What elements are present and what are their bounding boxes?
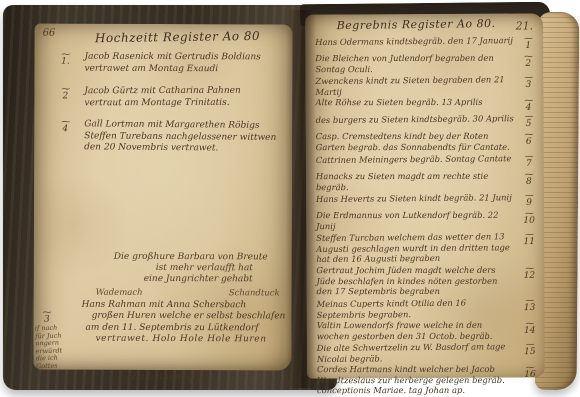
- entry-number: ~2: [52, 86, 78, 101]
- register-entry: Cordes Hartmans kindt welcher bei Jacob …: [317, 364, 539, 396]
- tilde-mark: ~: [524, 211, 535, 217]
- register-entry: Die alte Schwertzelin zu W. Basdorf am t…: [317, 341, 539, 364]
- entry-number-value: 4: [62, 125, 68, 134]
- entry-number-value: 15: [524, 348, 536, 357]
- tilde-mark: ~: [523, 75, 534, 81]
- tilde-mark: ~: [524, 193, 535, 199]
- bottom-entry-line: großen Huren welche er selbst beschlafen: [92, 311, 292, 323]
- tilde-mark: ~: [60, 119, 71, 125]
- entry-number: ~14: [521, 320, 539, 335]
- entry-number-value: 2: [525, 60, 531, 69]
- tilde-mark: ~: [523, 114, 534, 120]
- note-line: eine Jungrichter gehabt: [144, 273, 290, 285]
- register-entry: ~4Gall Lortman mit Margarethen Röbigs St…: [52, 119, 284, 156]
- register-entry: Meinas Cuperts kindt Otilia den 16 Septe…: [316, 296, 538, 319]
- book-gutter: [286, 10, 316, 388]
- entry-number: ~3: [519, 75, 537, 90]
- bottom-entry-line: vertrawet. Holo Hole Hole Huren: [95, 334, 291, 346]
- entry-text: Meinas Cuperts kindt Otilia den 16 Septe…: [316, 297, 520, 320]
- faint-word-row: Wademach Schandtuck: [96, 287, 280, 298]
- entry-number: ~8: [520, 171, 538, 186]
- entry-number-value: 1.: [61, 58, 70, 67]
- entry-text: Steffen Turcban welchem das wetter den 1…: [316, 231, 520, 265]
- tilde-mark: ~: [524, 297, 535, 303]
- register-entry: Hans Odermans kindtsbegräb. den 17 Janua…: [315, 35, 537, 53]
- entry-text: Cattrinen Meiningers begräb. Sontag Cant…: [316, 153, 520, 166]
- entry-number: ~12: [520, 266, 538, 281]
- entry-number-value: 14: [524, 326, 535, 335]
- entry-number: ~7: [520, 153, 538, 168]
- entry-number: ~1: [519, 36, 537, 51]
- bottom-entry-line: am den 11. Septembris zu Lütkendorf: [86, 322, 292, 334]
- faint-word-left: Wademach: [96, 287, 143, 297]
- tilde-mark: ~: [525, 365, 536, 371]
- entry-text: Die Bleichen von Jutlendorf begraben den…: [315, 53, 519, 75]
- register-entry: Gertraut Jochim Jüden magdt welche ders …: [316, 265, 538, 297]
- marriage-entries-list: ~1.Jacob Rasenick mit Gertrudis Boldians…: [34, 52, 292, 155]
- entry-text: Zwenckens kindt zu Sieten begraben den 2…: [315, 74, 519, 97]
- register-entry: Zwenckens kindt zu Sieten begraben den 2…: [315, 74, 537, 97]
- entry-text: Hanacks zu Sieten magdt am rechte stie b…: [316, 170, 520, 192]
- tilde-mark: ~: [524, 342, 535, 348]
- note-line: Die großhure Barbara von Breute: [114, 251, 290, 263]
- faint-word-right: Schandtuck: [229, 288, 280, 298]
- entry-number: ~11: [520, 232, 538, 247]
- entry-number: ~4: [520, 98, 538, 113]
- entry-number-value: 1: [525, 42, 531, 51]
- entry-text: Jacob Rasenick mit Gertrudis Boldians ve…: [78, 52, 280, 76]
- register-entry: Hanacks zu Sieten magdt am rechte stie b…: [316, 170, 538, 192]
- tilde-mark: ~: [523, 54, 534, 60]
- entry-number-value: 16: [524, 371, 535, 380]
- tilde-mark: ~: [523, 36, 534, 42]
- register-entry: Die Erdmannus von Lutkendorf begräb. 22 …: [316, 210, 538, 232]
- tilde-mark: ~: [60, 52, 71, 58]
- tilde-mark: ~: [523, 132, 534, 138]
- tilde-mark: ~: [524, 171, 535, 177]
- entry-number: ~2: [519, 54, 537, 69]
- entry-text: des burgers zu Sieten kindtsbegräb. 30 A…: [316, 113, 520, 126]
- left-page-heading: Hochzeitt Register Ao 80: [68, 29, 286, 46]
- scribble-line: Gottes: [36, 361, 82, 370]
- entry-text: Casp. Cremstedtens kindt bey der Roten G…: [316, 131, 520, 153]
- entry-number-value: 10: [523, 217, 534, 226]
- entry-number: ~16: [521, 365, 539, 380]
- bottom-entry-line: Hans Rahman mit Anna Schersbach: [82, 299, 292, 311]
- entry-number: ~13: [520, 297, 538, 312]
- entry-number-value: 12: [524, 272, 535, 281]
- entry-number: ~ 3: [44, 309, 51, 324]
- entry-number: ~1.: [52, 52, 78, 67]
- tilde-mark: ~: [60, 86, 71, 92]
- entry-text: Hans Odermans kindtsbegräb. den 17 Janua…: [315, 35, 519, 48]
- entry-text: Gall Lortman mit Margarethen Röbigs Stef…: [78, 119, 280, 155]
- register-entry: des burgers zu Sieten kindtsbegräb. 30 A…: [316, 113, 538, 131]
- register-entry: Cattrinen Meiningers begräb. Sontag Cant…: [316, 152, 538, 170]
- burial-entries-list: Hans Odermans kindtsbegräb. den 17 Janua…: [305, 35, 545, 396]
- bottom-entry-text: Hans Rahman mit Anna Schersbachgroßen Hu…: [81, 299, 291, 370]
- entry-text: Cordes Hartmans kindt welcher bei Jacob …: [317, 364, 521, 396]
- register-entry: ~1.Jacob Rasenick mit Gertrudis Boldians…: [52, 52, 284, 76]
- left-page: 66 Hochzeitt Register Ao 80 ~1.Jacob Ras…: [33, 24, 292, 371]
- entry-text: Alte Röhse zu Sieten begräb. 13 Aprilis: [316, 97, 520, 108]
- bottom-entry: ~ 3 if nachfür Juchungernerwürdtdie ichG…: [33, 299, 291, 370]
- margin-scribble: if nachfür Juchungernerwürdtdie ichGotte…: [35, 323, 82, 369]
- entry-number-value: 11: [523, 238, 535, 247]
- entry-number: ~4: [52, 119, 78, 134]
- tilde-mark: ~: [42, 309, 53, 315]
- register-entry: Valtin Lowendorfs frawe welche in den wo…: [317, 319, 539, 341]
- tilde-mark: ~: [524, 320, 535, 326]
- entry-number-value: 5: [526, 120, 532, 129]
- entry-text: Die alte Schwertzelin zu W. Basdorf am t…: [317, 341, 521, 364]
- tilde-mark: ~: [523, 154, 534, 160]
- left-folio-number: 66: [43, 28, 56, 39]
- entry-number: ~5: [520, 114, 538, 129]
- register-entry: Steffen Turcban welchem das wetter den 1…: [316, 231, 538, 265]
- entry-number-value: 3: [526, 81, 532, 90]
- entry-number: ~10: [520, 211, 538, 226]
- margin-note-barbara: Die großhure Barbara von Breuteist mehr …: [114, 251, 290, 285]
- bottom-entry-margin: ~ 3 if nachfür Juchungernerwürdtdie ichG…: [33, 299, 81, 369]
- right-folio-number: 21.: [516, 19, 534, 32]
- place-line: Zu Lütkendorf.: [73, 370, 261, 382]
- entry-number-value: 2: [62, 92, 68, 101]
- register-entry: Casp. Cremstedtens kindt bey der Roten G…: [316, 131, 538, 153]
- tilde-mark: ~: [524, 232, 535, 238]
- entry-text: Die Erdmannus von Lutkendorf begräb. 22 …: [316, 210, 520, 232]
- entry-number-value: 6: [526, 138, 532, 147]
- tilde-mark: ~: [524, 266, 535, 272]
- register-entry: Die Bleichen von Jutlendorf begraben den…: [315, 53, 537, 75]
- entry-text: Valtin Lowendorfs frawe welche in den wo…: [317, 320, 521, 342]
- tilde-mark: ~: [523, 98, 534, 104]
- entry-text: Jacob Gürtz mit Catharina Pahnen vertrau…: [78, 86, 280, 110]
- entry-text: Hans Heverts zu Sieten kindt begräb. 21 …: [316, 192, 520, 205]
- entry-text: Gertraut Jochim Jüden magdt welche ders …: [316, 265, 520, 297]
- right-page: 21. Begrebnis Register Ao 80. Hans Oderm…: [305, 13, 545, 378]
- entry-number: ~9: [520, 193, 538, 208]
- register-entry: Alte Röhse zu Sieten begräb. 13 Aprilis~…: [316, 97, 538, 113]
- register-entry: ~2Jacob Gürtz mit Catharina Pahnen vertr…: [52, 86, 284, 110]
- manuscript-photo: 66 Hochzeitt Register Ao 80 ~1.Jacob Ras…: [0, 0, 580, 397]
- entry-number: ~15: [521, 342, 539, 357]
- entry-number: ~6: [520, 132, 538, 147]
- right-page-heading: Begrebnis Register Ao 80.: [315, 17, 517, 33]
- register-entry: Hans Heverts zu Sieten kindt begräb. 21 …: [316, 192, 538, 210]
- blank-area: [34, 165, 292, 252]
- note-line: ist mehr verlaufft hat: [156, 262, 290, 273]
- entry-number-value: 9: [526, 199, 532, 208]
